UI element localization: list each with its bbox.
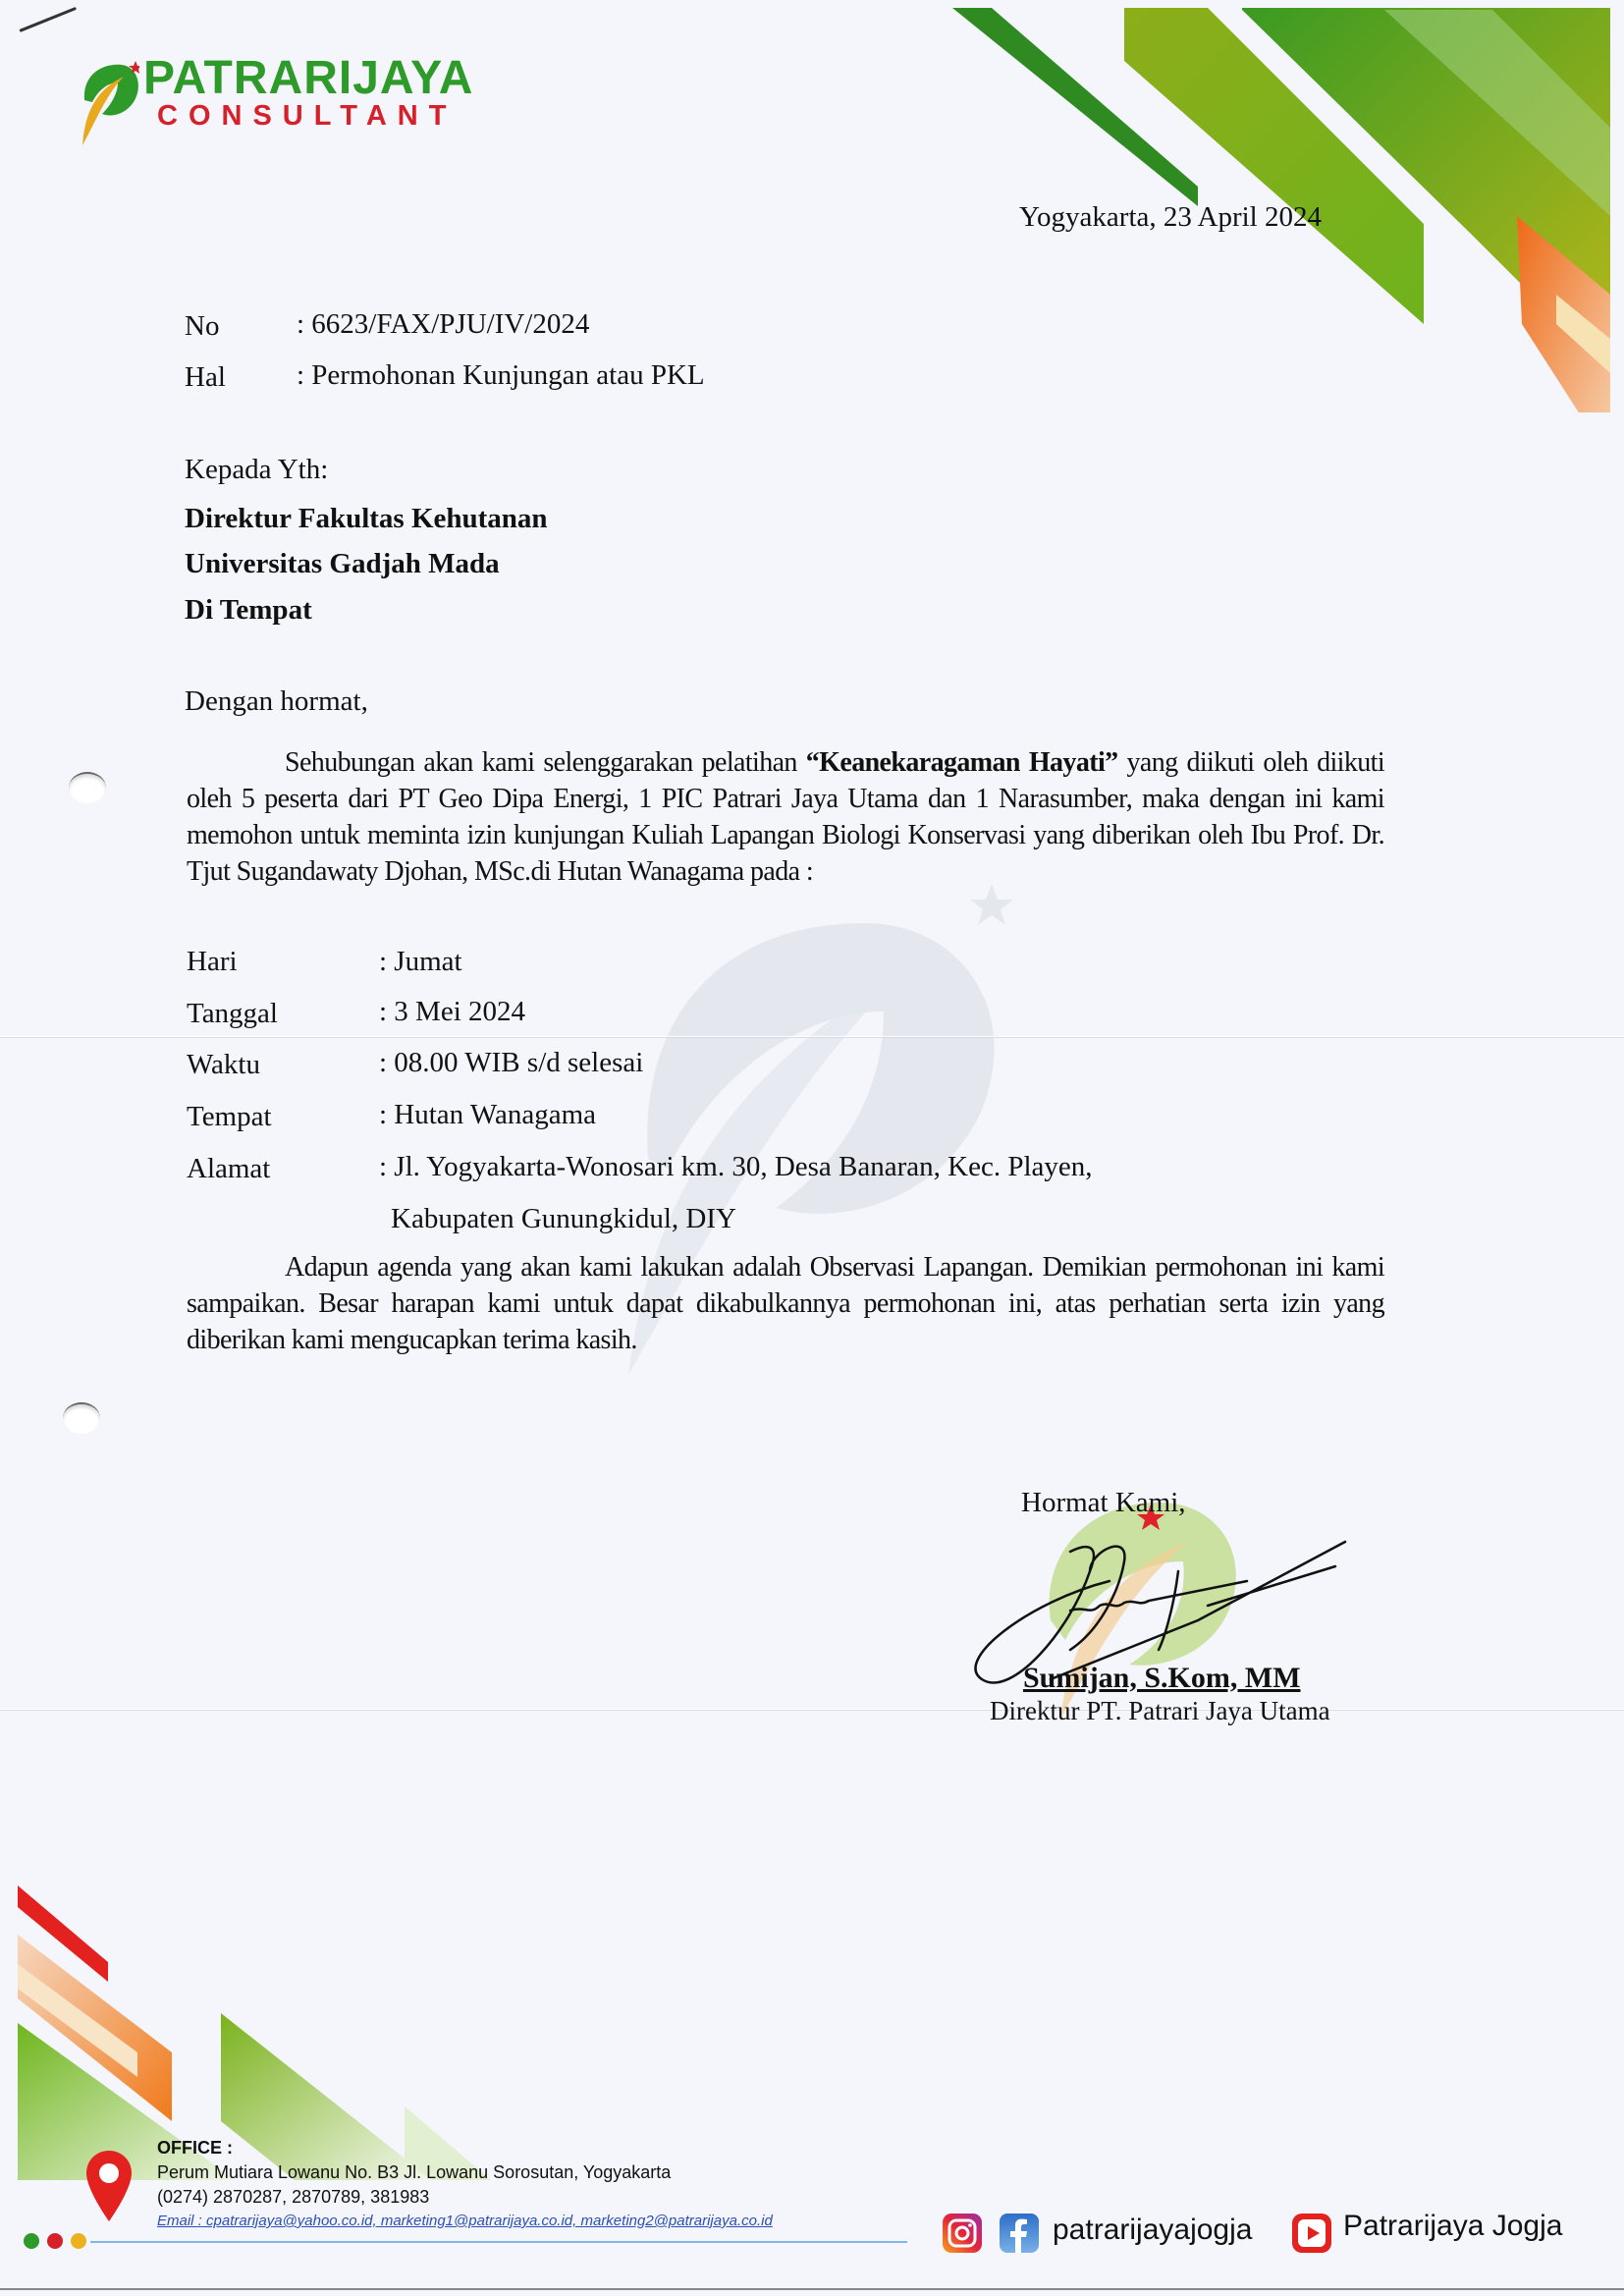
staple-mark bbox=[19, 7, 77, 32]
page-bottom-edge bbox=[0, 2288, 1624, 2290]
detail-waktu-value: : 08.00 WIB s/d selesai bbox=[379, 1046, 643, 1080]
meta-no-label: No bbox=[185, 309, 219, 344]
footer-rule bbox=[90, 2241, 907, 2243]
detail-tempat-value: : Hutan Wanagama bbox=[379, 1098, 596, 1132]
training-title: “Keanekaragaman Hayati” bbox=[806, 747, 1118, 778]
paragraph-1-intro: Sehubungan akan kami selenggarakan pelat… bbox=[285, 747, 806, 778]
recipient-line-3: Di Tempat bbox=[185, 593, 312, 628]
company-subtitle: CONSULTANT bbox=[157, 102, 457, 131]
detail-alamat-continued: Kabupaten Gunungkidul, DIY bbox=[391, 1202, 736, 1236]
detail-alamat-label: Alamat bbox=[187, 1152, 270, 1186]
instagram-icon[interactable] bbox=[943, 2214, 982, 2253]
company-logo-icon bbox=[79, 57, 139, 147]
signer-title: Direktur PT. Patrari Jaya Utama bbox=[990, 1695, 1330, 1726]
detail-tempat-label: Tempat bbox=[187, 1100, 272, 1134]
office-email-link[interactable]: Email : cpatrarijaya@yahoo.co.id, market… bbox=[157, 2213, 773, 2229]
paper-fold-line bbox=[0, 1036, 1624, 1037]
detail-tanggal-label: Tanggal bbox=[187, 997, 278, 1031]
detail-tanggal-value: : 3 Mei 2024 bbox=[379, 995, 525, 1029]
recipient-line-1: Direktur Fakultas Kehutanan bbox=[185, 502, 548, 536]
punch-hole-top bbox=[69, 772, 106, 803]
facebook-icon[interactable] bbox=[1000, 2214, 1039, 2253]
location-pin-icon bbox=[86, 2151, 132, 2221]
footer-decoration bbox=[0, 1866, 511, 2180]
detail-alamat-value: : Jl. Yogyakarta-Wonosari km. 30, Desa B… bbox=[379, 1150, 1093, 1184]
greeting: Dengan hormat, bbox=[185, 684, 368, 719]
facebook-handle[interactable]: patrarijayajogja bbox=[1053, 2214, 1252, 2247]
detail-hari-value: : Jumat bbox=[379, 945, 462, 979]
office-address: Perum Mutiara Lowanu No. B3 Jl. Lowanu S… bbox=[157, 2163, 671, 2183]
punch-hole-bottom bbox=[63, 1402, 100, 1434]
youtube-channel[interactable]: Patrarijaya Jogja bbox=[1343, 2210, 1562, 2243]
youtube-icon[interactable] bbox=[1292, 2214, 1331, 2253]
meta-no-value: : 6623/FAX/PJU/IV/2024 bbox=[297, 307, 589, 342]
letter-date: Yogyakarta, 23 April 2024 bbox=[1019, 200, 1322, 235]
body-paragraph-1: Sehubungan akan kami selenggarakan pelat… bbox=[187, 744, 1384, 890]
office-phones: (0274) 2870287, 2870789, 381983 bbox=[157, 2188, 429, 2208]
footer-dot-green bbox=[24, 2233, 39, 2249]
paragraph-2-text: Adapun agenda yang akan kami lakukan ada… bbox=[187, 1252, 1384, 1355]
meta-hal-value: : Permohonan Kunjungan atau PKL bbox=[297, 358, 705, 393]
footer-dot-yellow bbox=[71, 2233, 86, 2249]
footer-dot-red bbox=[47, 2233, 63, 2249]
detail-waktu-label: Waktu bbox=[187, 1048, 260, 1082]
detail-hari-label: Hari bbox=[187, 945, 238, 979]
office-label: OFFICE : bbox=[157, 2139, 233, 2159]
body-paragraph-2: Adapun agenda yang akan kami lakukan ada… bbox=[187, 1249, 1384, 1358]
recipient-intro: Kepada Yth: bbox=[185, 453, 328, 487]
paper-fold-line-2 bbox=[0, 1709, 1624, 1710]
signer-name: Sumijan, S.Kom, MM bbox=[1023, 1662, 1301, 1695]
company-name: PATRARIJAYA bbox=[143, 55, 473, 102]
recipient-line-2: Universitas Gadjah Mada bbox=[185, 547, 500, 581]
meta-hal-label: Hal bbox=[185, 360, 226, 395]
